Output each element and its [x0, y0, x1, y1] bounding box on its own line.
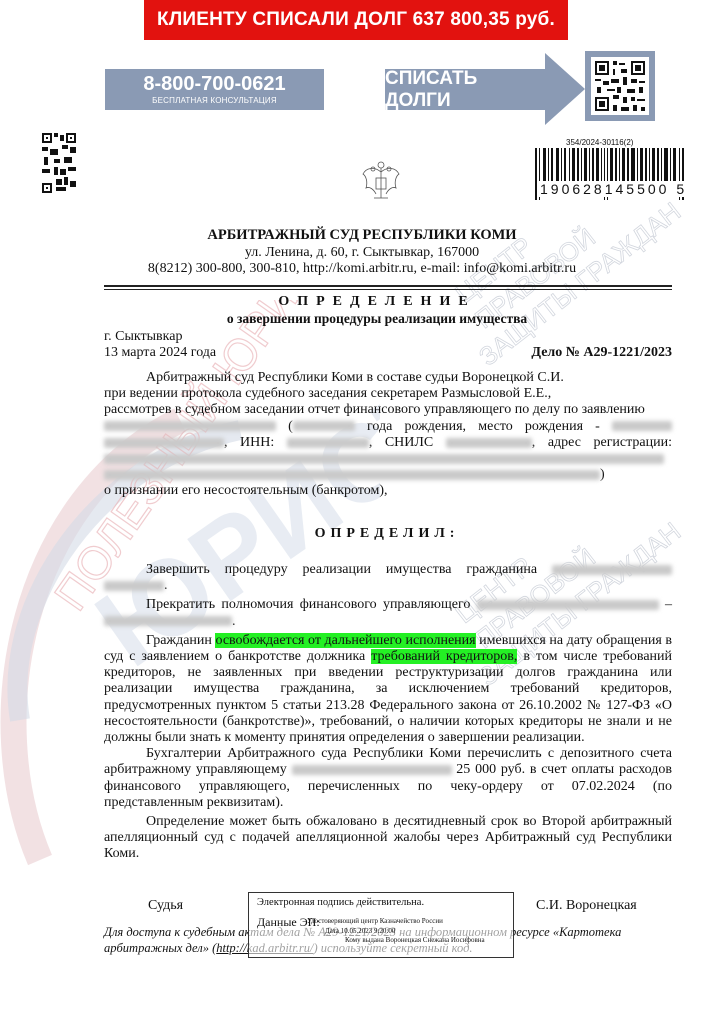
- court-address: ул. Ленина, д. 60, г. Сыктывкар, 167000: [0, 245, 724, 261]
- redacted-inn: [287, 438, 369, 448]
- redacted-arbitration-manager: [292, 765, 452, 775]
- barcode-code: 354/2024-30116(2): [566, 138, 633, 147]
- judge-name: С.И. Воронецкая: [536, 898, 637, 914]
- highlight-creditor-claims: требований кредиторов,: [371, 649, 517, 664]
- redacted-citizen-name: [552, 565, 672, 575]
- redacted-manager-name: [477, 600, 659, 610]
- document-title: ОПРЕДЕЛЕНИЕ: [0, 294, 724, 310]
- write-off-debts-button[interactable]: СПИСАТЬ ДОЛГИ: [385, 69, 545, 110]
- redacted-address-2: [104, 470, 600, 480]
- header-divider: [104, 285, 672, 287]
- redacted-birthdate: [293, 421, 355, 431]
- coat-of-arms-icon: [360, 160, 402, 202]
- intro-section: Арбитражный суд Республики Коми в состав…: [104, 370, 672, 500]
- document-city: г. Сыктывкар: [104, 329, 182, 345]
- court-contacts: 8(8212) 300-800, 300-810, http://komi.ar…: [0, 261, 724, 277]
- case-number: Дело № А29-1221/2023: [531, 345, 672, 361]
- signature-valid: Электронная подпись действительна.: [257, 897, 424, 908]
- barcode-digits: 190628145500 5: [538, 181, 689, 197]
- header-divider-thin: [104, 289, 672, 290]
- decision-paragraph-4: Бухгалтерии Арбитражного суда Республики…: [104, 746, 672, 811]
- decision-title: ОПРЕДЕЛИЛ:: [0, 526, 724, 542]
- judge-label: Судья: [148, 898, 183, 914]
- intro-line-2: при ведении протокола судебного заседани…: [104, 386, 672, 402]
- phone-subtitle: БЕСПЛАТНАЯ КОНСУЛЬТАЦИЯ: [105, 96, 324, 106]
- redacted-snils: [446, 438, 532, 448]
- intro-line-3: рассмотрев в судебном заседании отчет фи…: [104, 402, 672, 418]
- redacted-manager-name-2: [104, 616, 232, 626]
- document-qr-code-icon: [42, 133, 76, 193]
- decision-paragraph-3: Гражданин освобождается от дальнейшего и…: [104, 633, 672, 746]
- decision-section: Завершить процедуру реализации имущества…: [104, 562, 672, 863]
- redacted-address-1: [104, 454, 664, 464]
- document-date: 13 марта 2024 года: [104, 345, 216, 361]
- decision-paragraph-1: Завершить процедуру реализации имущества…: [104, 562, 672, 594]
- debt-written-off-banner: КЛИЕНТУ СПИСАЛИ ДОЛГ 637 800,35 руб.: [144, 0, 568, 40]
- intro-line-1: Арбитражный суд Республики Коми в состав…: [104, 370, 672, 386]
- redacted-citizen-name-2: [104, 581, 164, 591]
- qr-code-icon[interactable]: [591, 57, 649, 115]
- court-name: АРБИТРАЖНЫЙ СУД РЕСПУБЛИКИ КОМИ: [0, 227, 724, 244]
- document-subtitle: о завершении процедуры реализации имущес…: [0, 311, 724, 327]
- decision-paragraph-5: Определение может быть обжаловано в деся…: [104, 814, 672, 863]
- decision-paragraph-2: Прекратить полномочия финансового управл…: [104, 597, 672, 629]
- intro-recognition: о признании его несостоятельным (банкрот…: [104, 483, 672, 499]
- signature-date: Дата 10.05.2023 9:20:00: [325, 927, 395, 935]
- intro-debtor-details: ( года рождения, место рождения - , ИНН:…: [104, 419, 672, 484]
- electronic-signature-stamp: Электронная подпись действительна. Данны…: [248, 892, 514, 958]
- redacted-name: [104, 421, 276, 431]
- signature-issuer: Удостоверяющий центр Казначейство России: [307, 917, 443, 925]
- phone-number: 8-800-700-0621: [105, 72, 324, 96]
- redacted-birthplace: [612, 421, 672, 431]
- highlight-released: освобождается от дальнейшего исполнения: [215, 633, 475, 648]
- redacted-region: [104, 438, 224, 448]
- signature-owner: Кому выдана Воронецкая Снежана Иосифовна: [345, 936, 485, 944]
- phone-consultation-button[interactable]: 8-800-700-0621 БЕСПЛАТНАЯ КОНСУЛЬТАЦИЯ: [105, 69, 324, 110]
